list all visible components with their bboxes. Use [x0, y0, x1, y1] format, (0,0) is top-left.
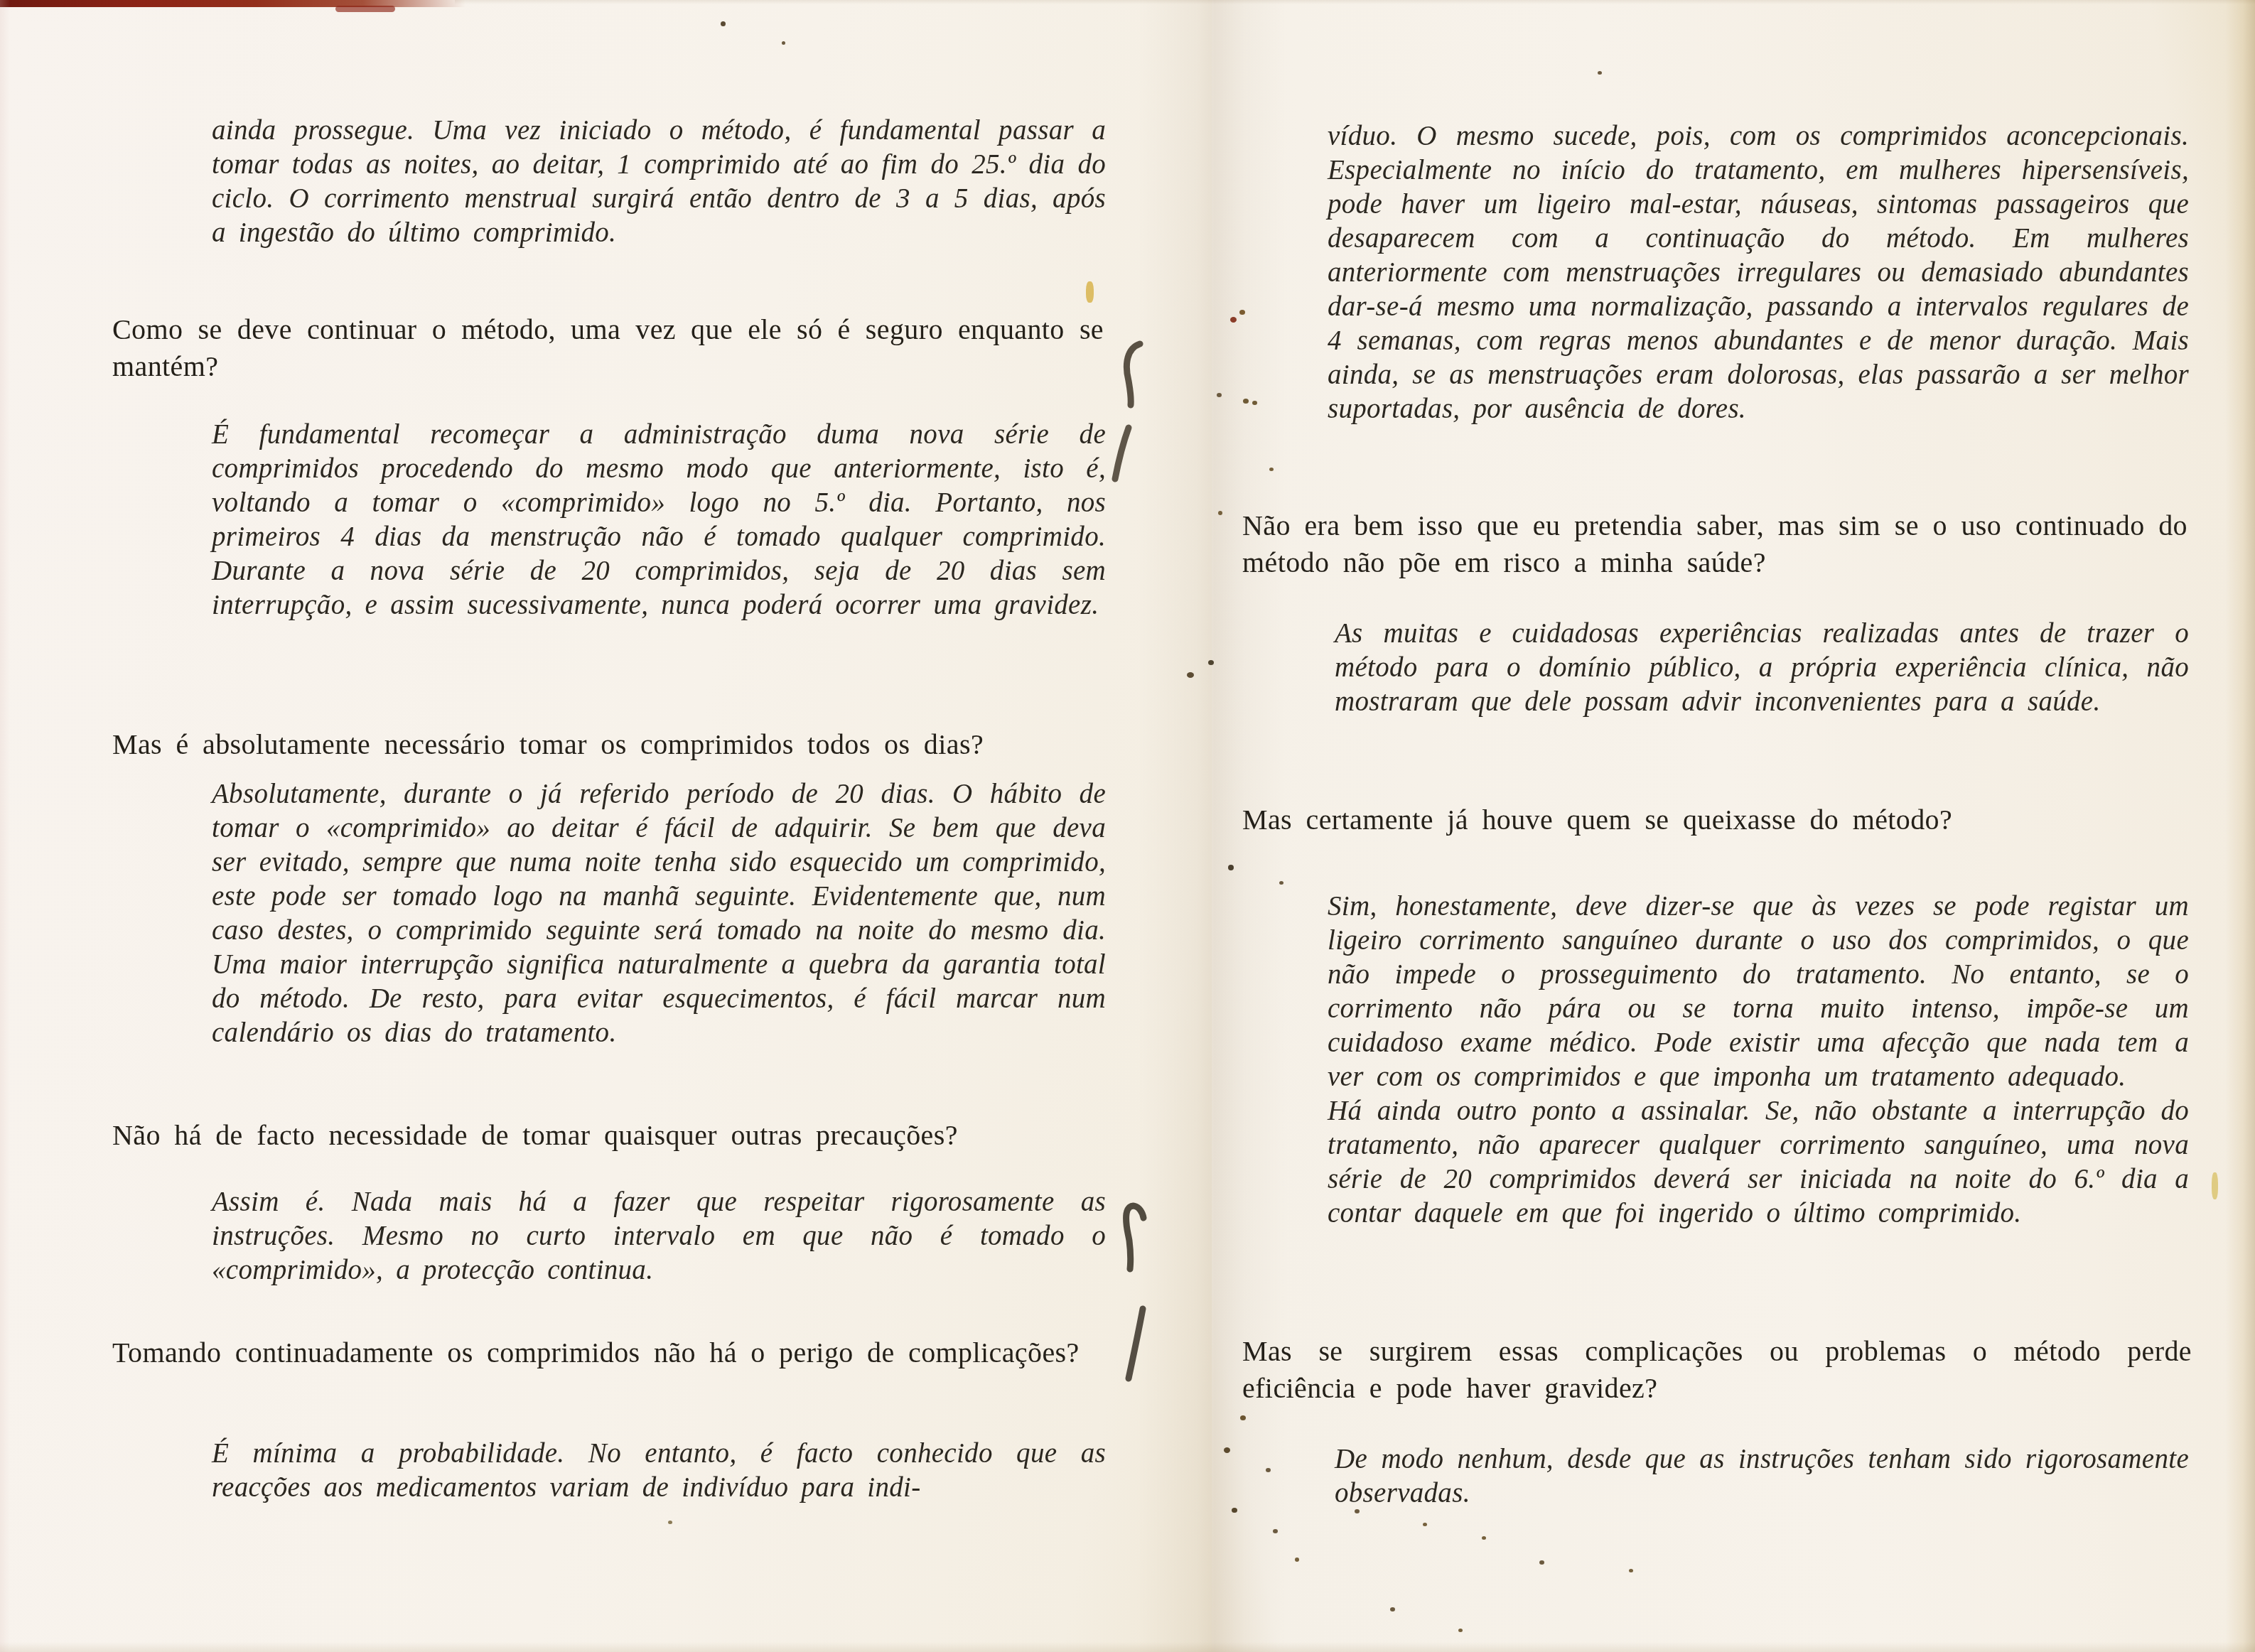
binding-ink-mark — [1120, 1199, 1147, 1277]
paper-speck — [782, 41, 785, 45]
answer-text: É mínima a probabilidade. No entanto, é … — [212, 1437, 1106, 1505]
paper-speck — [1279, 881, 1283, 885]
paper-speck — [1269, 468, 1274, 471]
right-edge-shadow — [2225, 0, 2255, 1652]
paper-speck — [1230, 317, 1237, 323]
question-text: Como se deve continuar o método, uma vez… — [112, 311, 1104, 385]
paper-speck — [1598, 71, 1602, 75]
paper-speck — [1273, 1529, 1278, 1533]
paper-stain — [2212, 1172, 2218, 1199]
paper-speck — [1423, 1523, 1427, 1526]
paper-speck — [1295, 1557, 1299, 1562]
answer-text: De modo nenhum, desde que as instruções … — [1335, 1442, 2189, 1511]
answer-text: É fundamental recomeçar a administração … — [212, 418, 1106, 622]
question-text: Tomando continuadamente os comprimidos n… — [112, 1334, 1107, 1371]
paper-speck — [668, 1521, 672, 1524]
paper-speck — [1482, 1536, 1486, 1540]
top-edge-shadow — [455, 0, 2255, 4]
binding-ink-mark — [1123, 1305, 1147, 1386]
paper-speck — [1224, 1447, 1230, 1453]
paper-speck — [1218, 511, 1222, 515]
paper-speck — [1208, 660, 1214, 665]
question-text: Mas é absolutamente necessário tomar os … — [112, 726, 1107, 763]
paper-speck — [1243, 399, 1249, 404]
paper-speck — [1266, 1468, 1271, 1472]
answer-text: Sim, honestamente, deve dizer-se que às … — [1328, 890, 2189, 1231]
binding-ink-mark — [1110, 423, 1133, 487]
paper-speck — [1240, 1415, 1246, 1420]
scanned-booklet-spread: { "document": { "kind": "scanned printed… — [0, 0, 2255, 1652]
question-text: Não há de facto necessidade de tomar qua… — [112, 1117, 1107, 1154]
red-cover-edge — [0, 0, 465, 7]
paper-speck — [1232, 1508, 1237, 1513]
paper-speck — [1458, 1629, 1463, 1632]
paper-speck — [1239, 310, 1245, 315]
paper-speck — [1187, 672, 1194, 678]
paper-speck — [1228, 865, 1234, 870]
answer-continuation-text: víduo. O mesmo sucede, pois, com os comp… — [1328, 119, 2189, 426]
answer-continuation-text: ainda prossegue. Uma vez iniciado o méto… — [212, 114, 1106, 250]
answer-text: As muitas e cuidadosas experiências real… — [1335, 617, 2189, 719]
left-edge-tint — [0, 0, 10, 1652]
question-text: Mas se surgirem essas complicações ou pr… — [1242, 1333, 2192, 1407]
question-text: Não era bem isso que eu pretendia saber,… — [1242, 507, 2187, 581]
paper-speck — [1539, 1560, 1544, 1565]
binding-ink-mark — [1119, 338, 1144, 413]
bottom-edge-shadow — [0, 1642, 2255, 1652]
paper-speck — [1355, 1509, 1360, 1513]
answer-text: Assim é. Nada mais há a fazer que respei… — [212, 1185, 1106, 1287]
paper-speck — [721, 21, 726, 26]
paper-stain — [1086, 281, 1094, 303]
question-text: Mas certamente já houve quem se queixass… — [1242, 801, 2187, 838]
paper-speck — [1390, 1607, 1395, 1611]
answer-text: Absolutamente, durante o já referido per… — [212, 777, 1106, 1050]
paper-speck — [1217, 393, 1222, 397]
paper-speck — [1629, 1569, 1633, 1572]
paper-speck — [1252, 401, 1257, 405]
